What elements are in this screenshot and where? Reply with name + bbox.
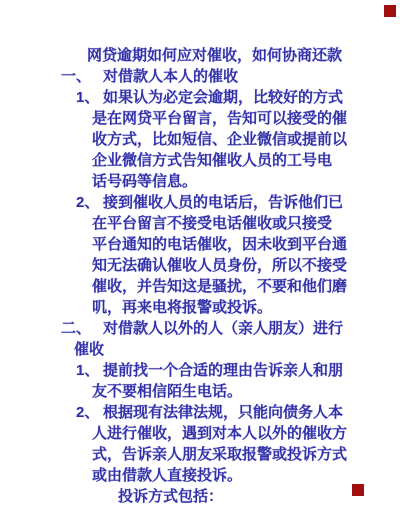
line-text: 对借款人本人的催收 (103, 68, 238, 85)
text-line: 1、提前找一个合适的理由告诉亲人和朋 (0, 360, 400, 381)
text-line: 企业微信方式告知催收人员的工号电 (0, 150, 400, 171)
line-text: 根据现有法律法规，只能向债务人本 (103, 404, 343, 421)
list-marker: 2、 (76, 402, 103, 423)
list-marker: 一、 (61, 66, 103, 87)
text-line: 1、如果认为必定会逾期，比较好的方式 (0, 87, 400, 108)
line-text: 企业微信方式告知催收人员的工号电 (92, 152, 332, 169)
text-line: 收方式，比如短信、企业微信或提前以 (0, 129, 400, 150)
text-line: 话号码等信息。 (0, 171, 400, 192)
red-marker-bottom (352, 484, 364, 496)
document-title-line: 网贷逾期如何应对催收，如何协商还款 (0, 45, 400, 66)
line-text: 平台通知的电话催收，因未收到平台通 (92, 236, 347, 253)
line-text: 人进行催收，遇到对本人以外的催收方 (92, 425, 347, 442)
text-line: 友不要相信陌生电话。 (0, 381, 400, 402)
line-text: 提前找一个合适的理由告诉亲人和朋 (103, 362, 343, 379)
red-marker-top (384, 5, 396, 17)
text-line: 式，告诉亲人朋友采取报警或投诉方式 (0, 444, 400, 465)
line-text: 是在网贷平台留言，告知可以接受的催 (92, 110, 347, 127)
line-text: 知无法确认催收人员身份，所以不接受 (92, 257, 347, 274)
list-marker: 二、 (61, 318, 103, 339)
text-line: 一、对借款人本人的催收 (0, 66, 400, 87)
text-line: 或由借款人直接投诉。 (0, 465, 400, 486)
line-text: 催收 (74, 341, 104, 358)
text-line: 叽，再来电将报警或投诉。 (0, 297, 400, 318)
line-text: 对借款人以外的人（亲人朋友）进行 (103, 320, 343, 337)
list-marker: 1、 (76, 360, 103, 381)
line-text: 接到催收人员的电话后，告诉他们已 (103, 194, 343, 211)
text-line: 催收 (0, 339, 400, 360)
list-marker: 1、 (76, 87, 103, 108)
text-line: 催收，并告知这是骚扰，不要和他们磨 (0, 276, 400, 297)
line-text: 在平台留言不接受电话催收或只接受 (92, 215, 332, 232)
document-page: 网贷逾期如何应对催收，如何协商还款一、对借款人本人的催收1、如果认为必定会逾期，… (0, 0, 400, 509)
line-text: 或由借款人直接投诉。 (92, 467, 242, 484)
line-text: 投诉方式包括： (118, 488, 223, 505)
text-line: 平台通知的电话催收，因未收到平台通 (0, 234, 400, 255)
line-text: 网贷逾期如何应对催收，如何协商还款 (87, 47, 342, 64)
text-line: 二、对借款人以外的人（亲人朋友）进行 (0, 318, 400, 339)
list-marker: 2、 (76, 192, 103, 213)
line-text: 话号码等信息。 (92, 173, 197, 190)
line-text: 式，告诉亲人朋友采取报警或投诉方式 (92, 446, 347, 463)
text-line: 人进行催收，遇到对本人以外的催收方 (0, 423, 400, 444)
text-line: 在平台留言不接受电话催收或只接受 (0, 213, 400, 234)
text-line: 2、根据现有法律法规，只能向债务人本 (0, 402, 400, 423)
line-text: 如果认为必定会逾期，比较好的方式 (103, 89, 343, 106)
text-line: 知无法确认催收人员身份，所以不接受 (0, 255, 400, 276)
document-text: 网贷逾期如何应对催收，如何协商还款一、对借款人本人的催收1、如果认为必定会逾期，… (0, 0, 400, 507)
line-text: 催收，并告知这是骚扰，不要和他们磨 (92, 278, 347, 295)
line-text: 叽，再来电将报警或投诉。 (92, 299, 272, 316)
text-line: 是在网贷平台留言，告知可以接受的催 (0, 108, 400, 129)
text-line: 投诉方式包括： (0, 486, 400, 507)
line-text: 友不要相信陌生电话。 (92, 383, 242, 400)
text-line: 2、接到催收人员的电话后，告诉他们已 (0, 192, 400, 213)
line-text: 收方式，比如短信、企业微信或提前以 (92, 131, 347, 148)
